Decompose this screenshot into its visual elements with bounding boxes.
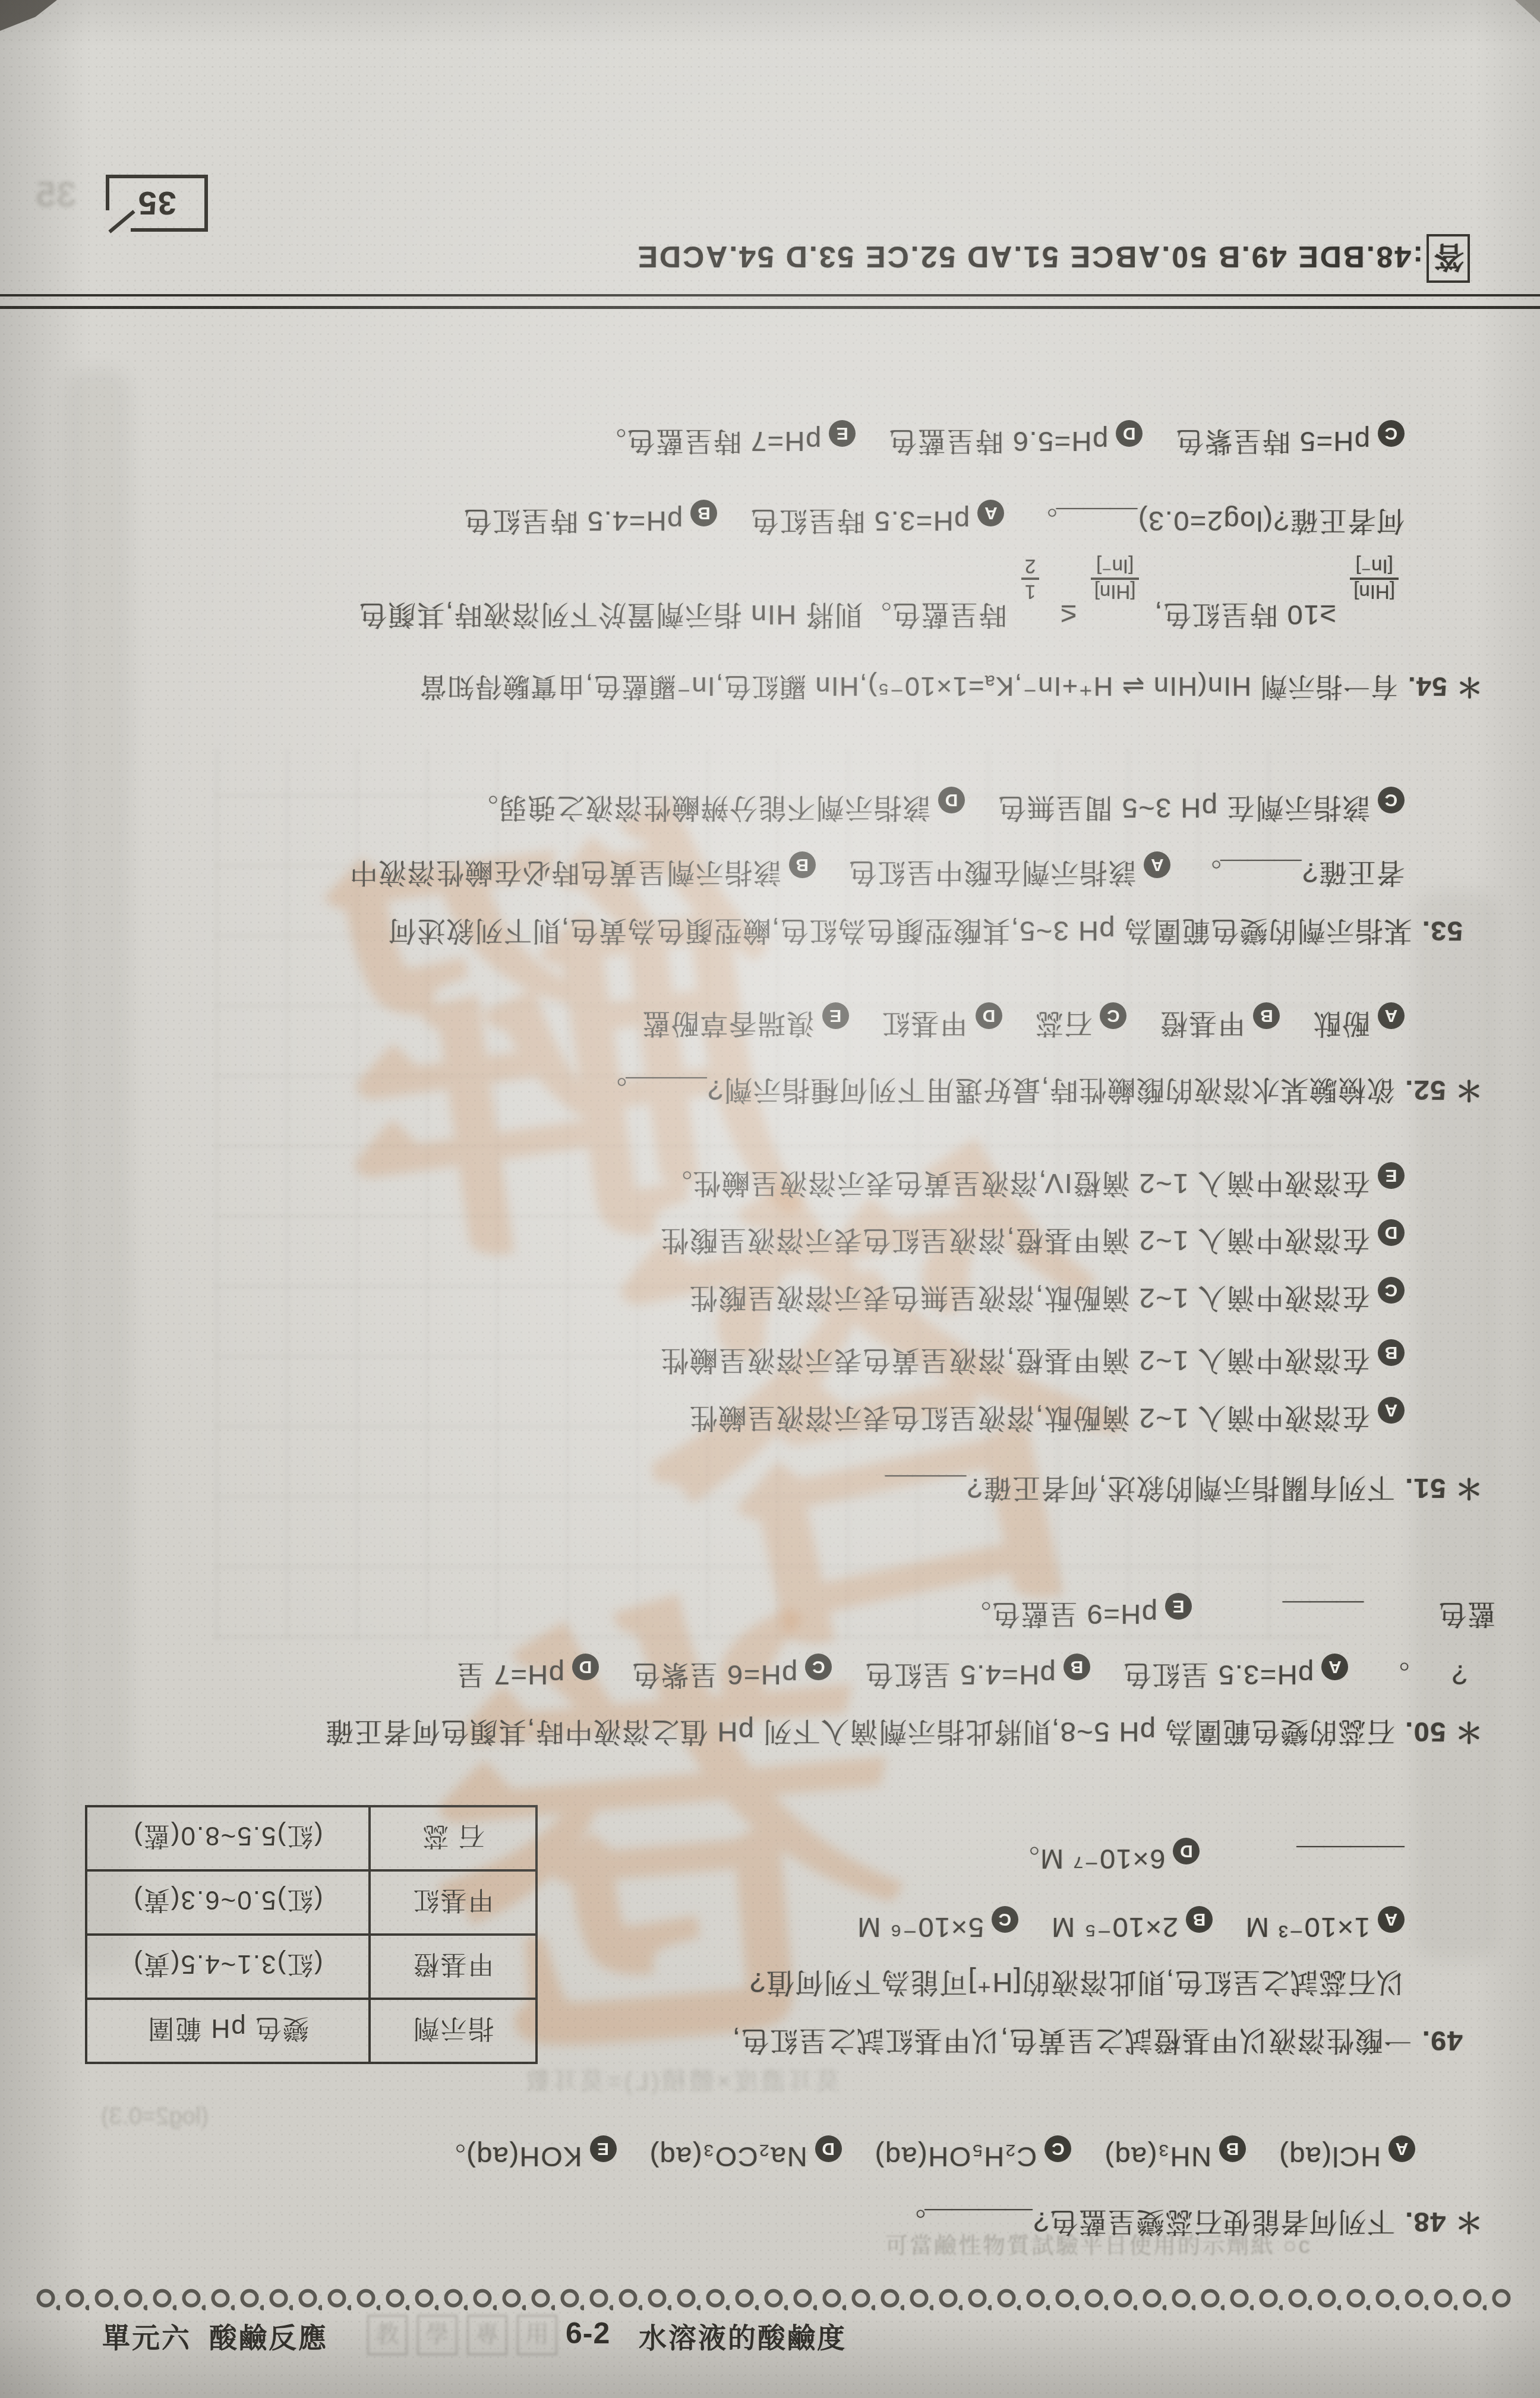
q49-option-a: 1×10⁻³ M: [1245, 1912, 1370, 1943]
answer-label-box: 答: [1427, 234, 1470, 283]
q48-option-b-badge: B: [1219, 2135, 1246, 2162]
q52-star: ＊: [1454, 1075, 1484, 1106]
q53-options-line-2: C該指示劑在 pH 3~5 間呈無色 D該指示劑不能分辨鹼性溶液之強弱。: [469, 787, 1405, 830]
q54-option-e: pH=7 時呈藍色。: [597, 426, 821, 457]
q54-blank: ＿＿＿: [1057, 506, 1137, 537]
q51-option-a-badge: A: [1378, 1397, 1405, 1424]
q51-option-d-badge: D: [1378, 1219, 1405, 1246]
q51-option-a: 在溶液中滴入 1~2 滴酚酞,溶液呈紅色表示溶液呈鹼性: [689, 1403, 1370, 1434]
q51-option-e-badge: E: [1378, 1162, 1405, 1189]
footer-unit-title: 酸鹼反應: [209, 2316, 328, 2356]
footer-stamp-icons: 教 學 專 用: [367, 2315, 557, 2355]
q50-stem1: 石蕊的變色範圍為 pH 5~8,則將此指示劑滴入下列 pH 值之溶液中時,其顏色…: [324, 1717, 1394, 1748]
q50-option-a: pH=3.5 呈紅色: [1122, 1659, 1314, 1691]
table-header-indicator: 指示劑: [370, 1999, 537, 2063]
q52-option-a: 酚酞: [1312, 1008, 1370, 1040]
q50-option-e: pH=9 呈藍色。: [962, 1599, 1157, 1630]
q48-options-line: AHCl(aq) BNH₃(aq) CC₂H₅OH(aq) DNa₂CO₃(aq…: [437, 2135, 1415, 2179]
q53-option-b: 該指示劑呈黃色時必在鹼性溶液中: [349, 857, 781, 889]
q54-formula-line: [HIn][In⁻] ≥10 時呈紅色, [HIn][In⁻] ≤ 12 時呈藍…: [358, 555, 1405, 637]
q52-option-c: 石蕊: [1034, 1008, 1092, 1040]
q54-option-d: pH=5.6 時呈藍色: [888, 426, 1108, 457]
q48-option-e: KOH(aq)。: [437, 2141, 582, 2173]
q54-option-b-badge: B: [690, 500, 717, 526]
page-number-badge: 35: [106, 175, 208, 232]
q51-option-c: 在溶液中滴入 1~2 滴酚酞,溶液呈無色表示溶液呈酸性: [689, 1283, 1370, 1314]
q51-option-d: 在溶液中滴入 1~2 滴甲基橙,溶液呈紅色表示溶液呈酸性: [660, 1225, 1370, 1257]
q54-line3a: 何者正確?(log2=0.3): [1137, 506, 1405, 537]
footer-section-number: 6-2: [566, 2316, 610, 2350]
table-row: 甲基橙 (紅)3.1~4.5(黃): [86, 1935, 537, 1999]
q50-period: 。: [1381, 1659, 1410, 1691]
table-header-row: 指示劑 變色 pH 範圍: [86, 1999, 537, 2063]
q53-stem-line-2: 者正確?＿＿＿。 A該指示劑在酸中呈紅色 B該指示劑呈黃色時必在鹼性溶液中: [349, 851, 1405, 895]
q51-option-b-badge: B: [1378, 1339, 1405, 1366]
table-row: 甲基紅 (紅)5.0~6.3(黃): [86, 1870, 537, 1935]
q54-option-c-badge: C: [1378, 420, 1405, 447]
answer-separator-rule: [0, 294, 1540, 309]
q54-stem1: 有一指示劑 HIn(HIn ⇌ H⁺+In⁻,Kₐ=1×10⁻⁵),HIn 顯紅…: [419, 671, 1397, 702]
q52-number: 52.: [1405, 1075, 1446, 1106]
stamp-icon: 用: [517, 2315, 557, 2355]
q51-option-a-line: A在溶液中滴入 1~2 滴酚酞,溶液呈紅色表示溶液呈鹼性: [689, 1397, 1405, 1440]
stamp-icon: 教: [367, 2315, 408, 2355]
q52-option-c-badge: C: [1100, 1002, 1126, 1029]
q54-half-fraction: 12: [1021, 555, 1039, 602]
q54-option-e-badge: E: [829, 420, 856, 447]
footer-section-title: 水溶液的酸鹼度: [639, 2316, 847, 2356]
footer-unit-number: 單元六: [102, 2316, 191, 2356]
q53-number: 53.: [1421, 916, 1463, 947]
q51-option-c-badge: C: [1378, 1277, 1405, 1304]
q48-option-a: HCl(aq): [1279, 2141, 1381, 2173]
table-cell-range: (紅)5.5~8.0(藍): [86, 1806, 370, 1870]
q48-stem-line: ＊48.下列何者能使石蕊變呈藍色?＿＿＿＿。: [899, 2204, 1483, 2244]
q48-stem: 下列何者能使石蕊變呈藍色?: [1033, 2207, 1395, 2238]
q53-option-d-badge: D: [938, 787, 965, 813]
q48-option-d-badge: D: [815, 2135, 842, 2162]
q53-option-c: 該指示劑在 pH 3~5 間呈無色: [998, 793, 1370, 824]
fraction-numerator: 1: [1021, 578, 1039, 602]
q53-blank: ＿＿＿。: [1195, 857, 1302, 889]
q49-stem-line-2: 以石蕊試之呈紅色,則此溶液的[H⁺]可能為下列何值?: [749, 1965, 1405, 2005]
q54-star: ＊: [1455, 671, 1483, 702]
q50-option-a-badge: A: [1321, 1654, 1348, 1680]
q48-option-d: Na₂CO₃(aq): [649, 2141, 807, 2173]
q50-options-line-1: ?。 ApH=3.5 呈紅色 BpH=4.5 呈紅色 CpH=6 呈紫色 DpH…: [456, 1654, 1468, 1697]
q50-number: 50.: [1405, 1717, 1446, 1748]
answer-key-line: 答:48.BDE 49.B 50.ABCE 51.AD 52.CE 53.D 5…: [636, 234, 1470, 283]
q49-options-line: A1×10⁻³ M B2×10⁻⁵ M C5×10⁻⁶ M: [857, 1906, 1405, 1944]
q49-option-c-badge: C: [992, 1906, 1018, 1933]
q48-option-e-badge: E: [590, 2135, 617, 2162]
q54-option-a-badge: A: [977, 500, 1004, 526]
table-cell-name: 甲基紅: [370, 1870, 537, 1935]
q52-option-d-badge: D: [976, 1002, 1002, 1029]
q54-option-a: pH=3.5 時呈紅色: [750, 506, 970, 537]
q50-option-e-badge: E: [1165, 1593, 1192, 1620]
q54-option-d-badge: D: [1116, 420, 1143, 447]
q54-fraction-1: [HIn][In⁻]: [1350, 555, 1399, 602]
table-cell-name: 甲基橙: [370, 1935, 537, 1999]
q54-ge-tail: ≥10 時呈紅色,: [1154, 599, 1336, 631]
table-cell-range: (紅)5.0~6.3(黃): [86, 1870, 370, 1935]
q51-blank: ＿＿＿: [886, 1473, 966, 1504]
q54-stem-line: ＊54.有一指示劑 HIn(HIn ⇌ H⁺+In⁻,Kₐ=1×10⁻⁵),HI…: [419, 670, 1483, 708]
q54-line-4: CpH=5 時呈紫色 DpH=5.6 時呈藍色 EpH=7 時呈藍色。: [597, 420, 1405, 463]
table-row: 石 蕊 (紅)5.5~8.0(藍): [86, 1806, 537, 1870]
q51-option-d-line: D在溶液中滴入 1~2 滴甲基橙,溶液呈紅色表示溶液呈酸性: [660, 1219, 1405, 1263]
answer-key: :48.BDE 49.B 50.ABCE 51.AD 52.CE 53.D 54…: [636, 240, 1423, 273]
fraction-denominator: [In⁻]: [1356, 555, 1393, 578]
q50-option-c-badge: C: [805, 1654, 832, 1680]
photographed-page: 解 答 卷 35 莫耳濃度×體積(L)=莫耳數 (log2=0.3) 可當鹼性物…: [0, 0, 1540, 2398]
q49-option-d-badge: D: [1173, 1838, 1200, 1864]
fraction-denominator: 2: [1025, 555, 1036, 578]
q50-question-mark: ?: [1451, 1659, 1468, 1691]
q53-option-a-badge: A: [1144, 851, 1170, 878]
q49-option-b: 2×10⁻⁵ M: [1051, 1912, 1178, 1943]
q49-option-b-badge: B: [1186, 1906, 1213, 1933]
table-header-range: 變色 pH 範圍: [86, 1999, 370, 2063]
q50-option-d-wrap: 藍色: [1438, 1599, 1495, 1630]
q49-option-d-line: ＿＿＿＿ D6×10⁻⁷ M。: [1011, 1838, 1405, 1881]
indicator-table: 指示劑 變色 pH 範圍 甲基橙 (紅)3.1~4.5(黃) 甲基紅 (紅)5.…: [85, 1805, 538, 2064]
q52-option-a-badge: A: [1378, 1002, 1405, 1029]
q53-option-c-badge: C: [1378, 787, 1405, 813]
q51-stem: 下列有關指示劑的敘述,何者正確?: [966, 1473, 1394, 1504]
stamp-icon: 專: [467, 2315, 507, 2355]
scalloped-border: [31, 2282, 1511, 2315]
q52-option-b: 甲基橙: [1159, 1008, 1246, 1040]
q54-option-c: pH=5 時呈紫色: [1175, 426, 1370, 457]
q51-option-e-line: E在溶液中滴入 1~2 滴橙IV,溶液呈黃色表示溶液呈鹼性。: [664, 1162, 1405, 1206]
q49-stem1: 一酸性溶液以甲基橙試之呈黃色,以甲基紅試之呈紅色,: [732, 2025, 1412, 2057]
q52-blank: ＿＿＿。: [600, 1075, 707, 1106]
q52-option-e: 溴瑞香草酚藍: [642, 1008, 815, 1040]
q54-option-b: pH=4.5 時呈紅色: [463, 506, 683, 537]
q50-blank: ＿＿＿: [1283, 1599, 1364, 1630]
q48-star: ＊: [1454, 2207, 1484, 2238]
table-cell-range: (紅)3.1~4.5(黃): [86, 1935, 370, 1999]
fraction-numerator: [HIn]: [1091, 578, 1140, 602]
q52-option-d: 甲基紅: [881, 1008, 968, 1040]
q51-option-b-line: B在溶液中滴入 1~2 滴甲基橙,溶液呈黃色表示溶液呈鹼性: [660, 1339, 1405, 1383]
q53-stem1: 某指示劑的變色範圍為 pH 3~5,其酸型顏色為紅色,鹼型顏色為黃色,則下列敘述…: [388, 916, 1412, 947]
q53-stem-line-1: 53.某指示劑的變色範圍為 pH 3~5,其酸型顏色為紅色,鹼型顏色為黃色,則下…: [388, 913, 1469, 953]
q49-stem2: 以石蕊試之呈紅色,則此溶液的[H⁺]可能為下列何值?: [749, 1967, 1405, 1999]
q51-number: 51.: [1405, 1473, 1446, 1504]
q52-stem: 欲檢驗某水溶液的酸鹼性時,最好選用下列何種指示劑?: [707, 1075, 1395, 1106]
q50-option-c: pH=6 呈紫色: [632, 1659, 798, 1691]
table-cell-name: 石 蕊: [370, 1806, 537, 1870]
q49-option-c: 5×10⁻⁶ M: [857, 1912, 984, 1943]
q50-option-d: pH=7 呈: [456, 1659, 564, 1691]
q52-option-b-badge: B: [1253, 1002, 1280, 1029]
q54-line-3: 何者正確?(log2=0.3)＿＿＿。 ApH=3.5 時呈紅色 BpH=4.5…: [463, 500, 1405, 543]
q54-number: 54.: [1407, 671, 1447, 702]
q52-options-line: A酚酞 B甲基橙 C石蕊 D甲基紅 E溴瑞香草酚藍: [642, 1002, 1405, 1046]
q54-le-sign: ≤: [1060, 599, 1076, 631]
q51-stem-line: ＊51.下列有關指示劑的敘述,何者正確?＿＿＿: [886, 1471, 1483, 1510]
q51-option-c-line: C在溶液中滴入 1~2 滴酚酞,溶液呈無色表示溶液呈酸性: [689, 1277, 1405, 1320]
q48-option-b: NH₃(aq): [1104, 2141, 1211, 2173]
q50-option-d-badge: D: [572, 1654, 599, 1680]
q49-stem-line-1: 49.一酸性溶液以甲基橙試之呈黃色,以甲基紅試之呈紅色,: [732, 2023, 1469, 2063]
q53-option-d: 該指示劑不能分辨鹼性溶液之強弱。: [469, 793, 930, 824]
q53-option-a: 該指示劑在酸中呈紅色: [848, 857, 1136, 889]
q54-le-tail: 時呈藍色。則將 HIn 指示劑置於下列溶液時,其顏色: [358, 599, 1006, 631]
fraction-denominator: [In⁻]: [1096, 555, 1134, 578]
rotated-document: ＊48.下列何者能使石蕊變呈藍色?＿＿＿＿。 AHCl(aq) BNH₃(aq)…: [0, 0, 1540, 2301]
q50-stem-line: ＊50.石蕊的變色範圍為 pH 5~8,則將此指示劑滴入下列 pH 值之溶液中時…: [324, 1714, 1483, 1754]
q48-option-c: C₂H₅OH(aq): [874, 2141, 1037, 2173]
q50-option-b: pH=4.5 呈紅色: [864, 1659, 1056, 1691]
q54-fraction-2: [HIn][In⁻]: [1091, 555, 1140, 602]
q48-option-a-badge: A: [1388, 2135, 1415, 2162]
q48-option-c-badge: C: [1044, 2135, 1071, 2162]
stamp-icon: 學: [417, 2315, 457, 2355]
page-number: 35: [137, 185, 176, 222]
q50-options-line-2: 藍色 ＿＿＿ EpH=9 呈藍色。: [962, 1593, 1495, 1636]
fraction-numerator: [HIn]: [1350, 578, 1399, 602]
q52-stem-line: ＊52.欲檢驗某水溶液的酸鹼性時,最好選用下列何種指示劑?＿＿＿。: [600, 1072, 1483, 1112]
q53-stem2: 者正確?: [1302, 857, 1405, 889]
q50-star: ＊: [1454, 1717, 1484, 1748]
q53-option-b-badge: B: [789, 851, 816, 878]
q48-blank: ＿＿＿＿。: [899, 2207, 1033, 2238]
q49-number: 49.: [1421, 2025, 1463, 2057]
q49-option-d: 6×10⁻⁷ M。: [1011, 1844, 1165, 1875]
q51-star: ＊: [1454, 1473, 1484, 1504]
q49-option-a-badge: A: [1378, 1906, 1405, 1933]
q51-option-e: 在溶液中滴入 1~2 滴橙IV,溶液呈黃色表示溶液呈鹼性。: [664, 1168, 1371, 1200]
q50-option-b-badge: B: [1064, 1654, 1090, 1680]
q49-blank: ＿＿＿＿: [1298, 1844, 1405, 1875]
q51-option-b: 在溶液中滴入 1~2 滴甲基橙,溶液呈黃色表示溶液呈鹼性: [660, 1345, 1370, 1377]
q54-line3b: 。: [1028, 506, 1058, 537]
q48-number: 48.: [1405, 2207, 1446, 2238]
q52-option-e-badge: E: [822, 1002, 849, 1029]
